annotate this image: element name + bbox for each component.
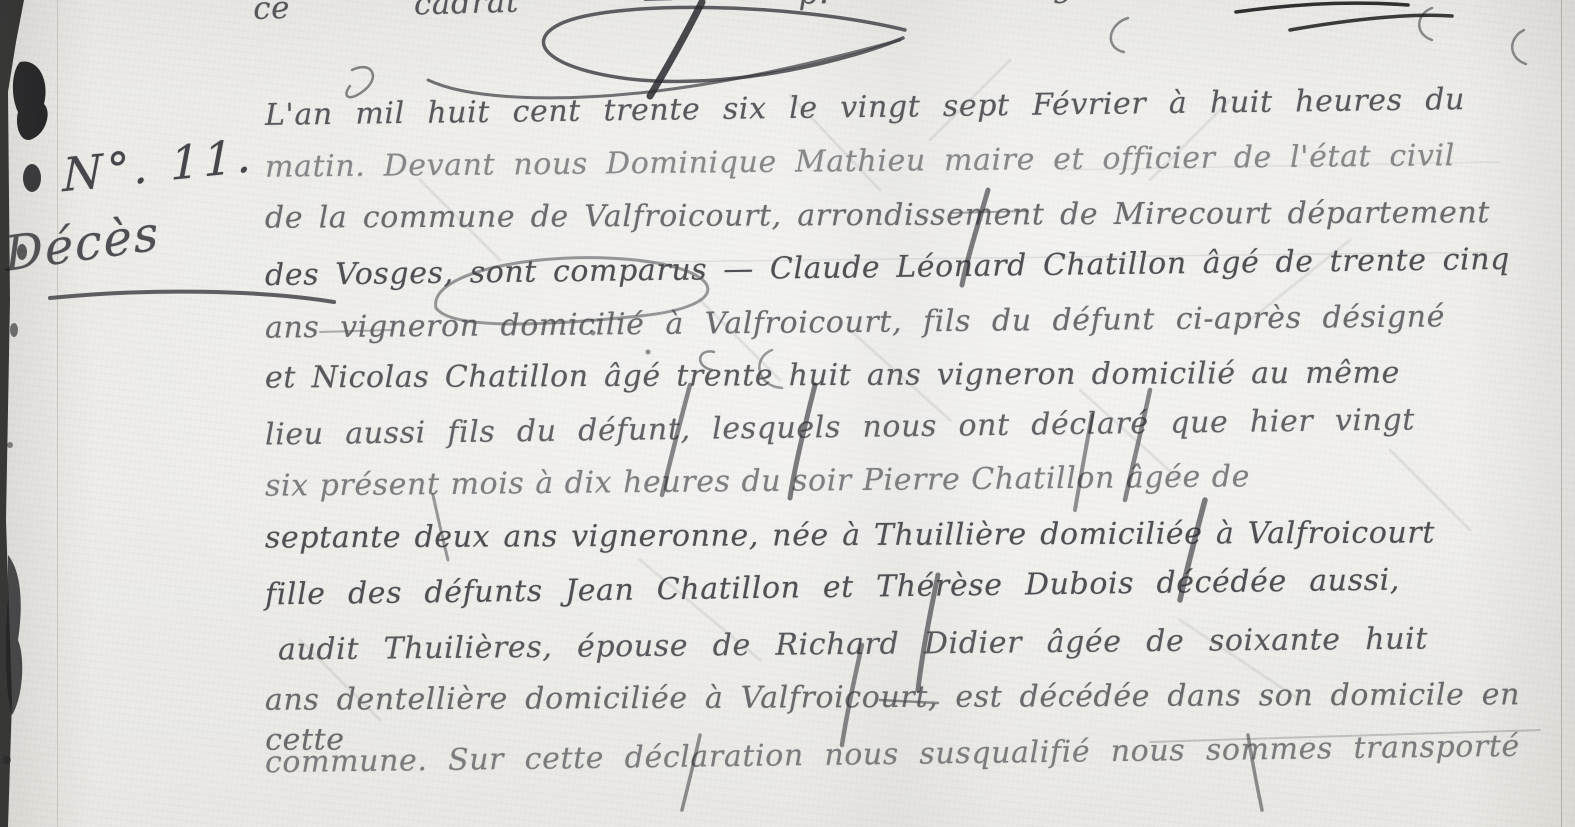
manuscript-line: audit Thuilières, épouse de Richard Didi… — [278, 619, 1428, 672]
manuscript-line: septante deux ans vigneronne, née à Thui… — [265, 513, 1435, 560]
manuscript-line: fille des défunts Jean Chatillon et Thér… — [265, 561, 1400, 618]
manuscript-line: ans dentellière domiciliée à Valfroicour… — [265, 675, 1520, 722]
manuscript-line: et Nicolas Chatillon âgé trente huit ans… — [265, 354, 1400, 401]
manuscript-line: L'an mil huit cent trente six le vingt s… — [265, 80, 1465, 138]
margin-category-deces: Décès — [3, 205, 161, 283]
manuscript-line: des Vosges, sont comparus — Claude Léona… — [265, 240, 1510, 298]
manuscript-line: commune. Sur cette déclaration nous susq… — [265, 727, 1520, 785]
manuscript-line: lieu aussi fils du défunt, lesquels nous… — [265, 400, 1415, 457]
manuscript-line: six présent mois à dix heures du soir Pi… — [265, 457, 1250, 508]
manuscript-line: ans vigneron domicilié à Valfroicourt, f… — [265, 297, 1445, 350]
manuscript-page: ce cadrat — p. soussigné N°. 11. Décès L… — [0, 0, 1575, 827]
previous-act-fragment: ce cadrat — p. soussigné — [253, 0, 1114, 28]
margin-record-number: N°. 11. — [63, 128, 256, 203]
manuscript-line: de la commune de Valfroicourt, arrondiss… — [265, 193, 1490, 240]
manuscript-line: matin. Devant nous Dominique Mathieu mai… — [265, 136, 1455, 189]
